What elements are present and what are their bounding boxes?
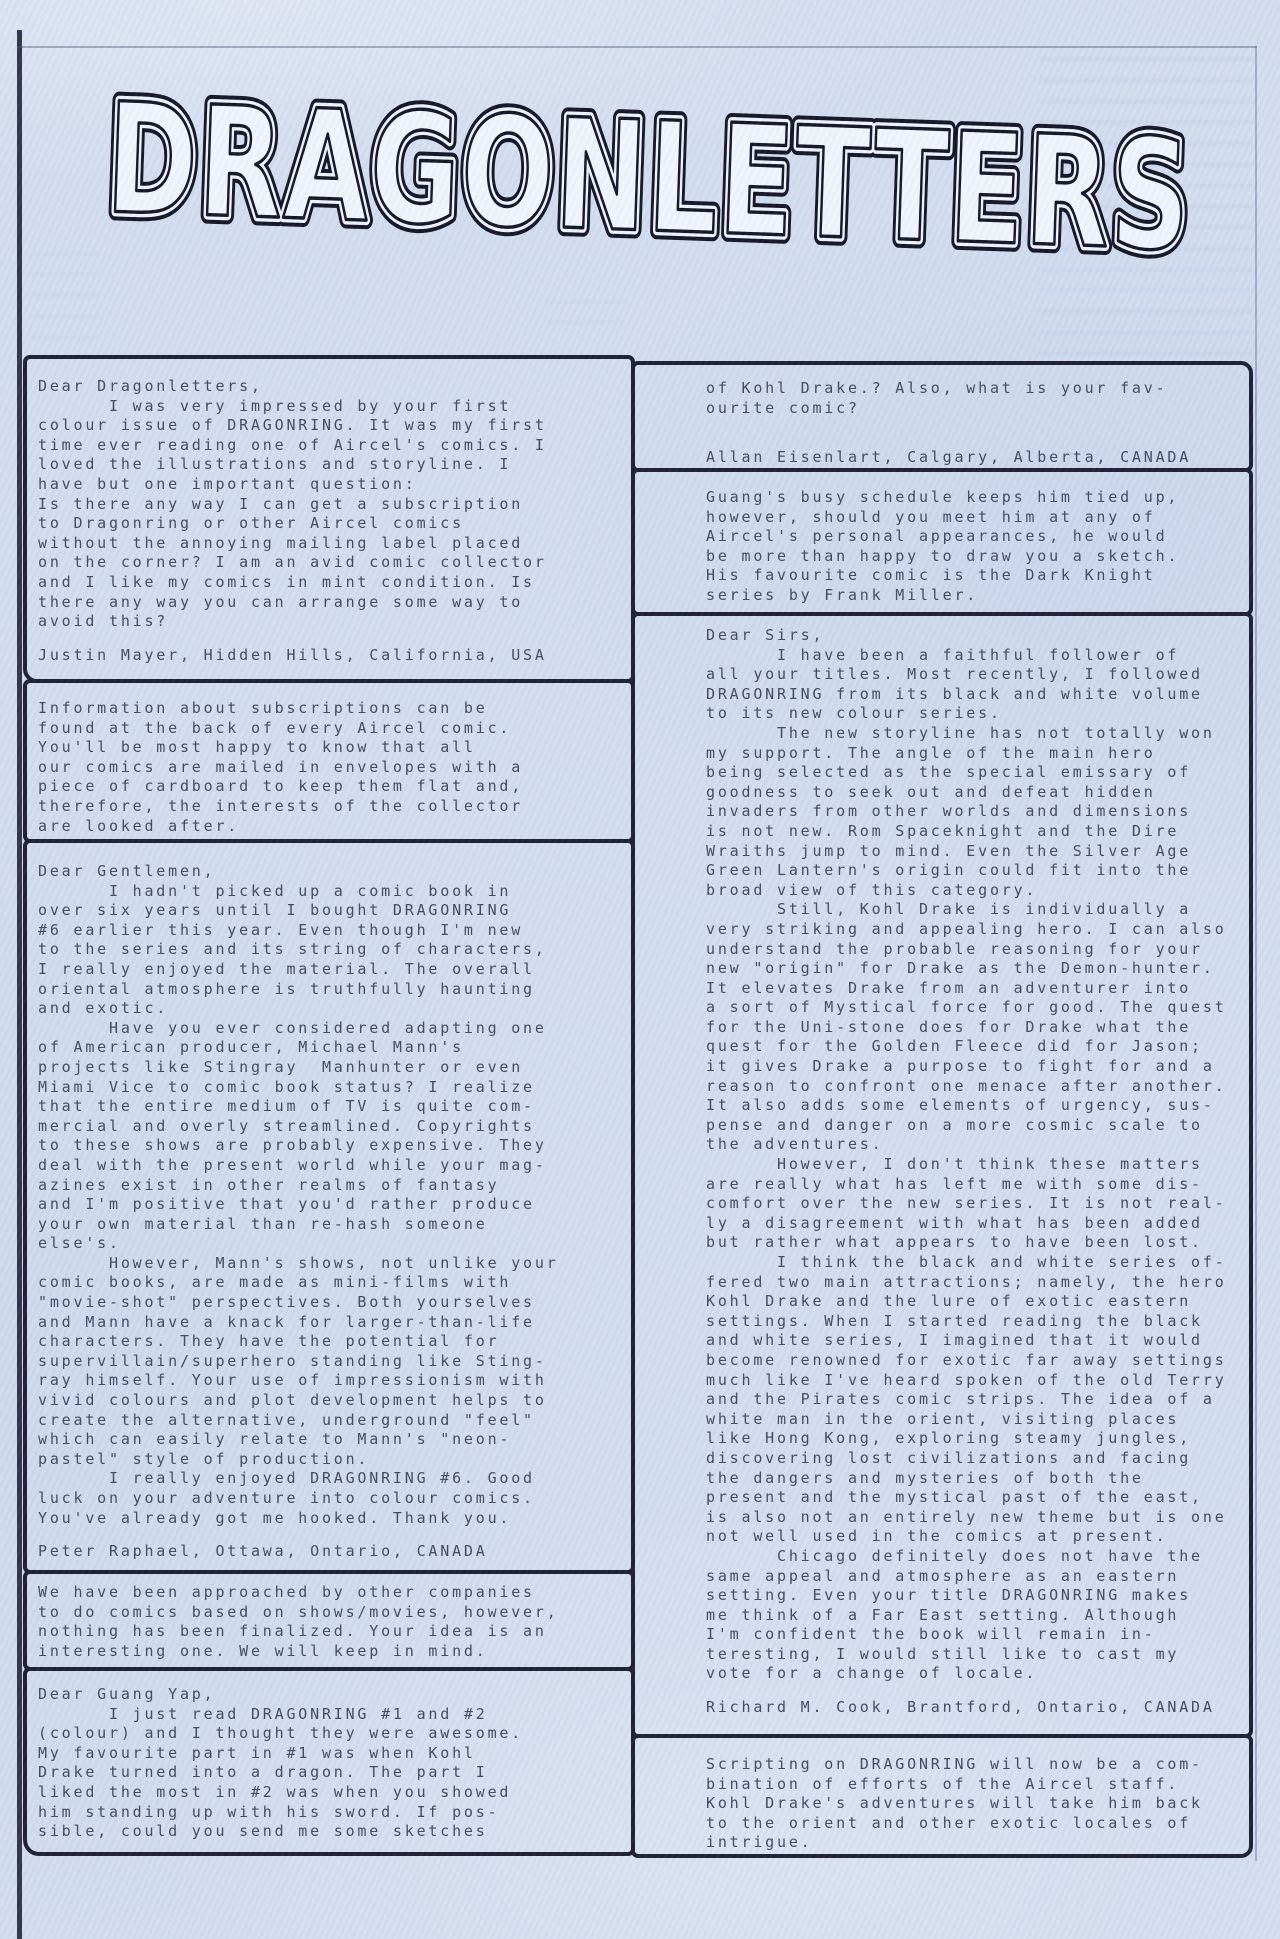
letter-guang-yap-part2: of Kohl Drake.? Also, what is your fav- …: [631, 361, 1253, 472]
letter-body: Dear Dragonletters, I was very impressed…: [38, 377, 611, 632]
letter-signature: Allan Eisenlart, Calgary, Alberta, CANAD…: [706, 448, 1233, 468]
reply-body: Scripting on DRAGONRING will now be a co…: [706, 1755, 1233, 1853]
reply-body: Information about subscriptions can be f…: [38, 699, 611, 836]
letter-guang-yap-part1: Dear Guang Yap, I just read DRAGONRING #…: [23, 1667, 635, 1856]
letters-page: DRAGONLETTERS DRAGONLETTERS DRAGONLETTER…: [0, 0, 1280, 1939]
dragonletters-logo: DRAGONLETTERS DRAGONLETTERS DRAGONLETTER…: [68, 12, 1228, 298]
letter-peter-raphael: Dear Gentlemen, I hadn't picked up a com…: [23, 839, 635, 1574]
editor-reply-subscriptions: Information about subscriptions can be f…: [23, 679, 635, 843]
reply-body: Guang's busy schedule keeps him tied up,…: [706, 488, 1233, 606]
letter-signature: Justin Mayer, Hidden Hills, California, …: [38, 646, 611, 666]
letter-body: Dear Sirs, I have been a faithful follow…: [706, 626, 1233, 1684]
letter-body: Dear Gentlemen, I hadn't picked up a com…: [38, 862, 611, 1528]
logo-title-text: DRAGONLETTERS: [104, 70, 1195, 285]
letter-body: of Kohl Drake.? Also, what is your fav- …: [706, 379, 1233, 418]
page-frame-left: [17, 30, 22, 1939]
editor-reply-guang-schedule: Guang's busy schedule keeps him tied up,…: [631, 468, 1253, 616]
editor-reply-licensing: We have been approached by other compani…: [23, 1570, 635, 1671]
ink-bleedthrough: [545, 300, 625, 340]
letter-signature: Richard M. Cook, Brantford, Ontario, CAN…: [706, 1698, 1233, 1718]
reply-body: We have been approached by other compani…: [38, 1583, 611, 1661]
letter-signature: Peter Raphael, Ottawa, Ontario, CANADA: [38, 1542, 611, 1562]
letter-richard-cook: Dear Sirs, I have been a faithful follow…: [631, 612, 1253, 1738]
editor-reply-scripting: Scripting on DRAGONRING will now be a co…: [631, 1734, 1253, 1858]
letter-body: Dear Guang Yap, I just read DRAGONRING #…: [38, 1685, 611, 1842]
letter-justin-mayer: Dear Dragonletters, I was very impressed…: [23, 355, 635, 683]
page-frame-right: [1255, 46, 1257, 1861]
